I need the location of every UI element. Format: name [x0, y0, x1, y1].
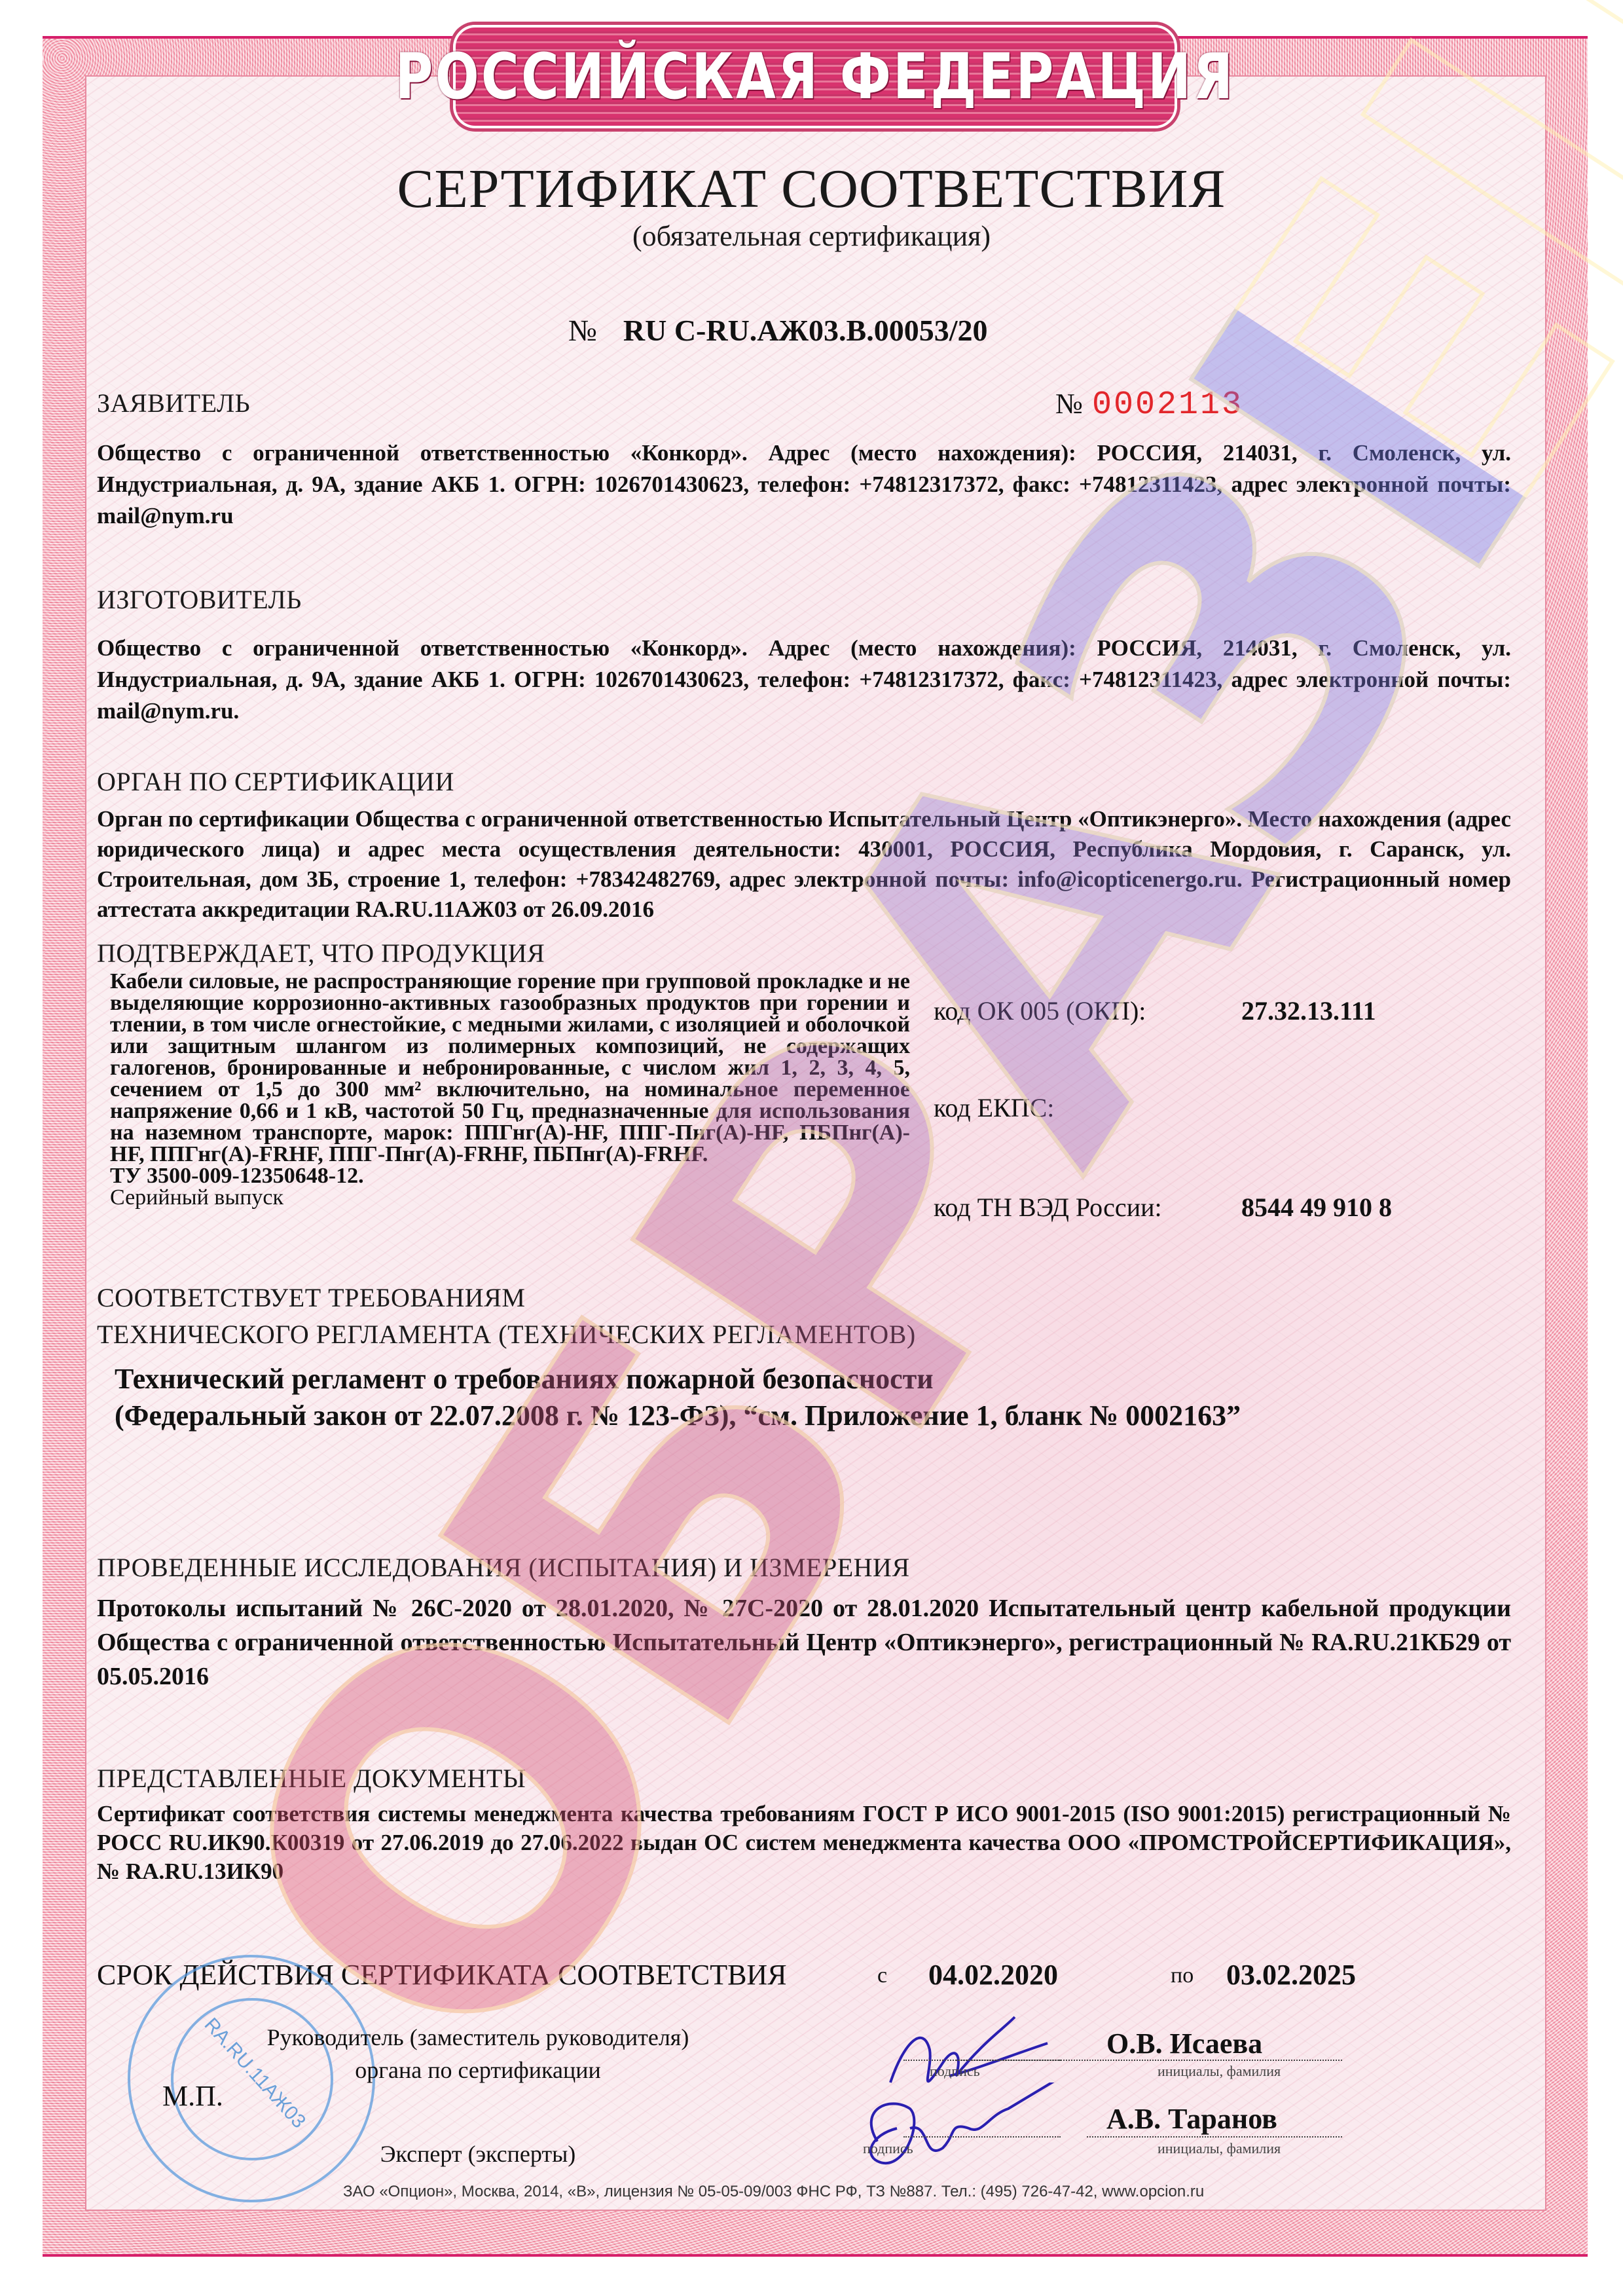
code-okp-value: 27.32.13.111 — [1241, 996, 1376, 1026]
head-signature-caption: подпись — [930, 2063, 980, 2080]
name-line-expert — [1087, 2136, 1342, 2138]
compliance-heading-2: ТЕХНИЧЕСКОГО РЕГЛАМЕНТА (ТЕХНИЧЕСКИХ РЕГ… — [97, 1319, 916, 1350]
code-okp-label: код ОК 005 (ОКП): — [934, 995, 1241, 1026]
expert-signature-caption: подпись — [863, 2140, 913, 2157]
header-banner: РОССИЙСКАЯ ФЕДЕРАЦИЯ — [453, 25, 1177, 128]
number-sign: № — [568, 314, 597, 347]
validity-to-date: 03.02.2025 — [1226, 1958, 1356, 1991]
product-release: Серийный выпуск — [110, 1187, 910, 1208]
compliance-heading-1: СООТВЕТСТВУЕТ ТРЕБОВАНИЯМ — [97, 1282, 525, 1313]
certificate-number: №RU C-RU.АЖ03.В.00053/20 — [568, 313, 987, 348]
documents-heading: ПРЕДСТАВЛЕННЫЕ ДОКУМЕНТЫ — [97, 1763, 526, 1794]
manufacturer-text: Общество с ограниченной ответственностью… — [97, 633, 1511, 727]
code-tnved-value: 8544 49 910 8 — [1241, 1193, 1392, 1222]
validity-to-label: по — [1171, 1963, 1194, 1988]
certificate-number-value: RU C-RU.АЖ03.В.00053/20 — [623, 314, 988, 347]
validity-from-label: с — [877, 1963, 887, 1988]
applicant-text: Общество с ограниченной ответственностью… — [97, 437, 1511, 532]
regulation-line-1: Технический регламент о требованиях пожа… — [115, 1362, 934, 1396]
document-subtitle: (обязательная сертификация) — [0, 219, 1623, 253]
seal-label: М.П. — [162, 2079, 223, 2113]
validity-from-date: 04.02.2020 — [928, 1958, 1058, 1991]
banner-text: РОССИЙСКАЯ ФЕДЕРАЦИЯ — [395, 40, 1235, 113]
printer-footer: ЗАО «Опцион», Москва, 2014, «В», лицензи… — [343, 2183, 1204, 2201]
code-ekps-label: код ЕКПС: — [934, 1092, 1241, 1123]
head-label-2: органа по сертификации — [249, 2056, 707, 2084]
product-heading: ПОДТВЕРЖДАЕТ, ЧТО ПРОДУКЦИЯ — [97, 938, 545, 969]
expert-name-caption: инициалы, фамилия — [1158, 2140, 1281, 2157]
product-spec: ТУ 3500-009-12350648-12. — [110, 1165, 910, 1187]
certification-body-heading: ОРГАН ПО СЕРТИФИКАЦИИ — [97, 766, 454, 797]
tests-heading: ПРОВЕДЕННЫЕ ИССЛЕДОВАНИЯ (ИСПЫТАНИЯ) И И… — [97, 1552, 910, 1583]
head-name: О.В. Исаева — [1106, 2027, 1262, 2060]
documents-text: Сертификат соответствия системы менеджме… — [97, 1800, 1511, 1886]
head-name-caption: инициалы, фамилия — [1158, 2063, 1281, 2080]
expert-label: Эксперт (эксперты) — [249, 2140, 707, 2168]
expert-name: А.В. Таранов — [1106, 2102, 1277, 2136]
code-okp: код ОК 005 (ОКП):27.32.13.111 — [934, 995, 1376, 1026]
blank-number-sign: № — [1055, 388, 1083, 420]
certification-body-text: Орган по сертификации Общества с огранич… — [97, 804, 1511, 925]
code-tnved-label: код ТН ВЭД России: — [934, 1192, 1241, 1223]
signature-line-expert — [903, 2136, 1061, 2138]
blank-number-value: 0002113 — [1092, 386, 1243, 424]
blank-number: №0002113 — [1055, 386, 1243, 424]
head-label-1: Руководитель (заместитель руководителя) — [249, 2024, 707, 2051]
applicant-heading: ЗАЯВИТЕЛЬ — [97, 388, 250, 418]
code-tnved: код ТН ВЭД России:8544 49 910 8 — [934, 1192, 1392, 1223]
tests-text: Протоколы испытаний № 26С-2020 от 28.01.… — [97, 1591, 1511, 1694]
regulation-line-2: (Федеральный закон от 22.07.2008 г. № 12… — [115, 1399, 1241, 1432]
product-description-text: Кабели силовые, не распространяющие горе… — [110, 971, 910, 1165]
product-description: Кабели силовые, не распространяющие горе… — [110, 971, 910, 1208]
document-title: СЕРТИФИКАТ СООТВЕТСТВИЯ — [0, 157, 1623, 221]
code-ekps: код ЕКПС: — [934, 1092, 1241, 1123]
manufacturer-heading: ИЗГОТОВИТЕЛЬ — [97, 584, 302, 615]
